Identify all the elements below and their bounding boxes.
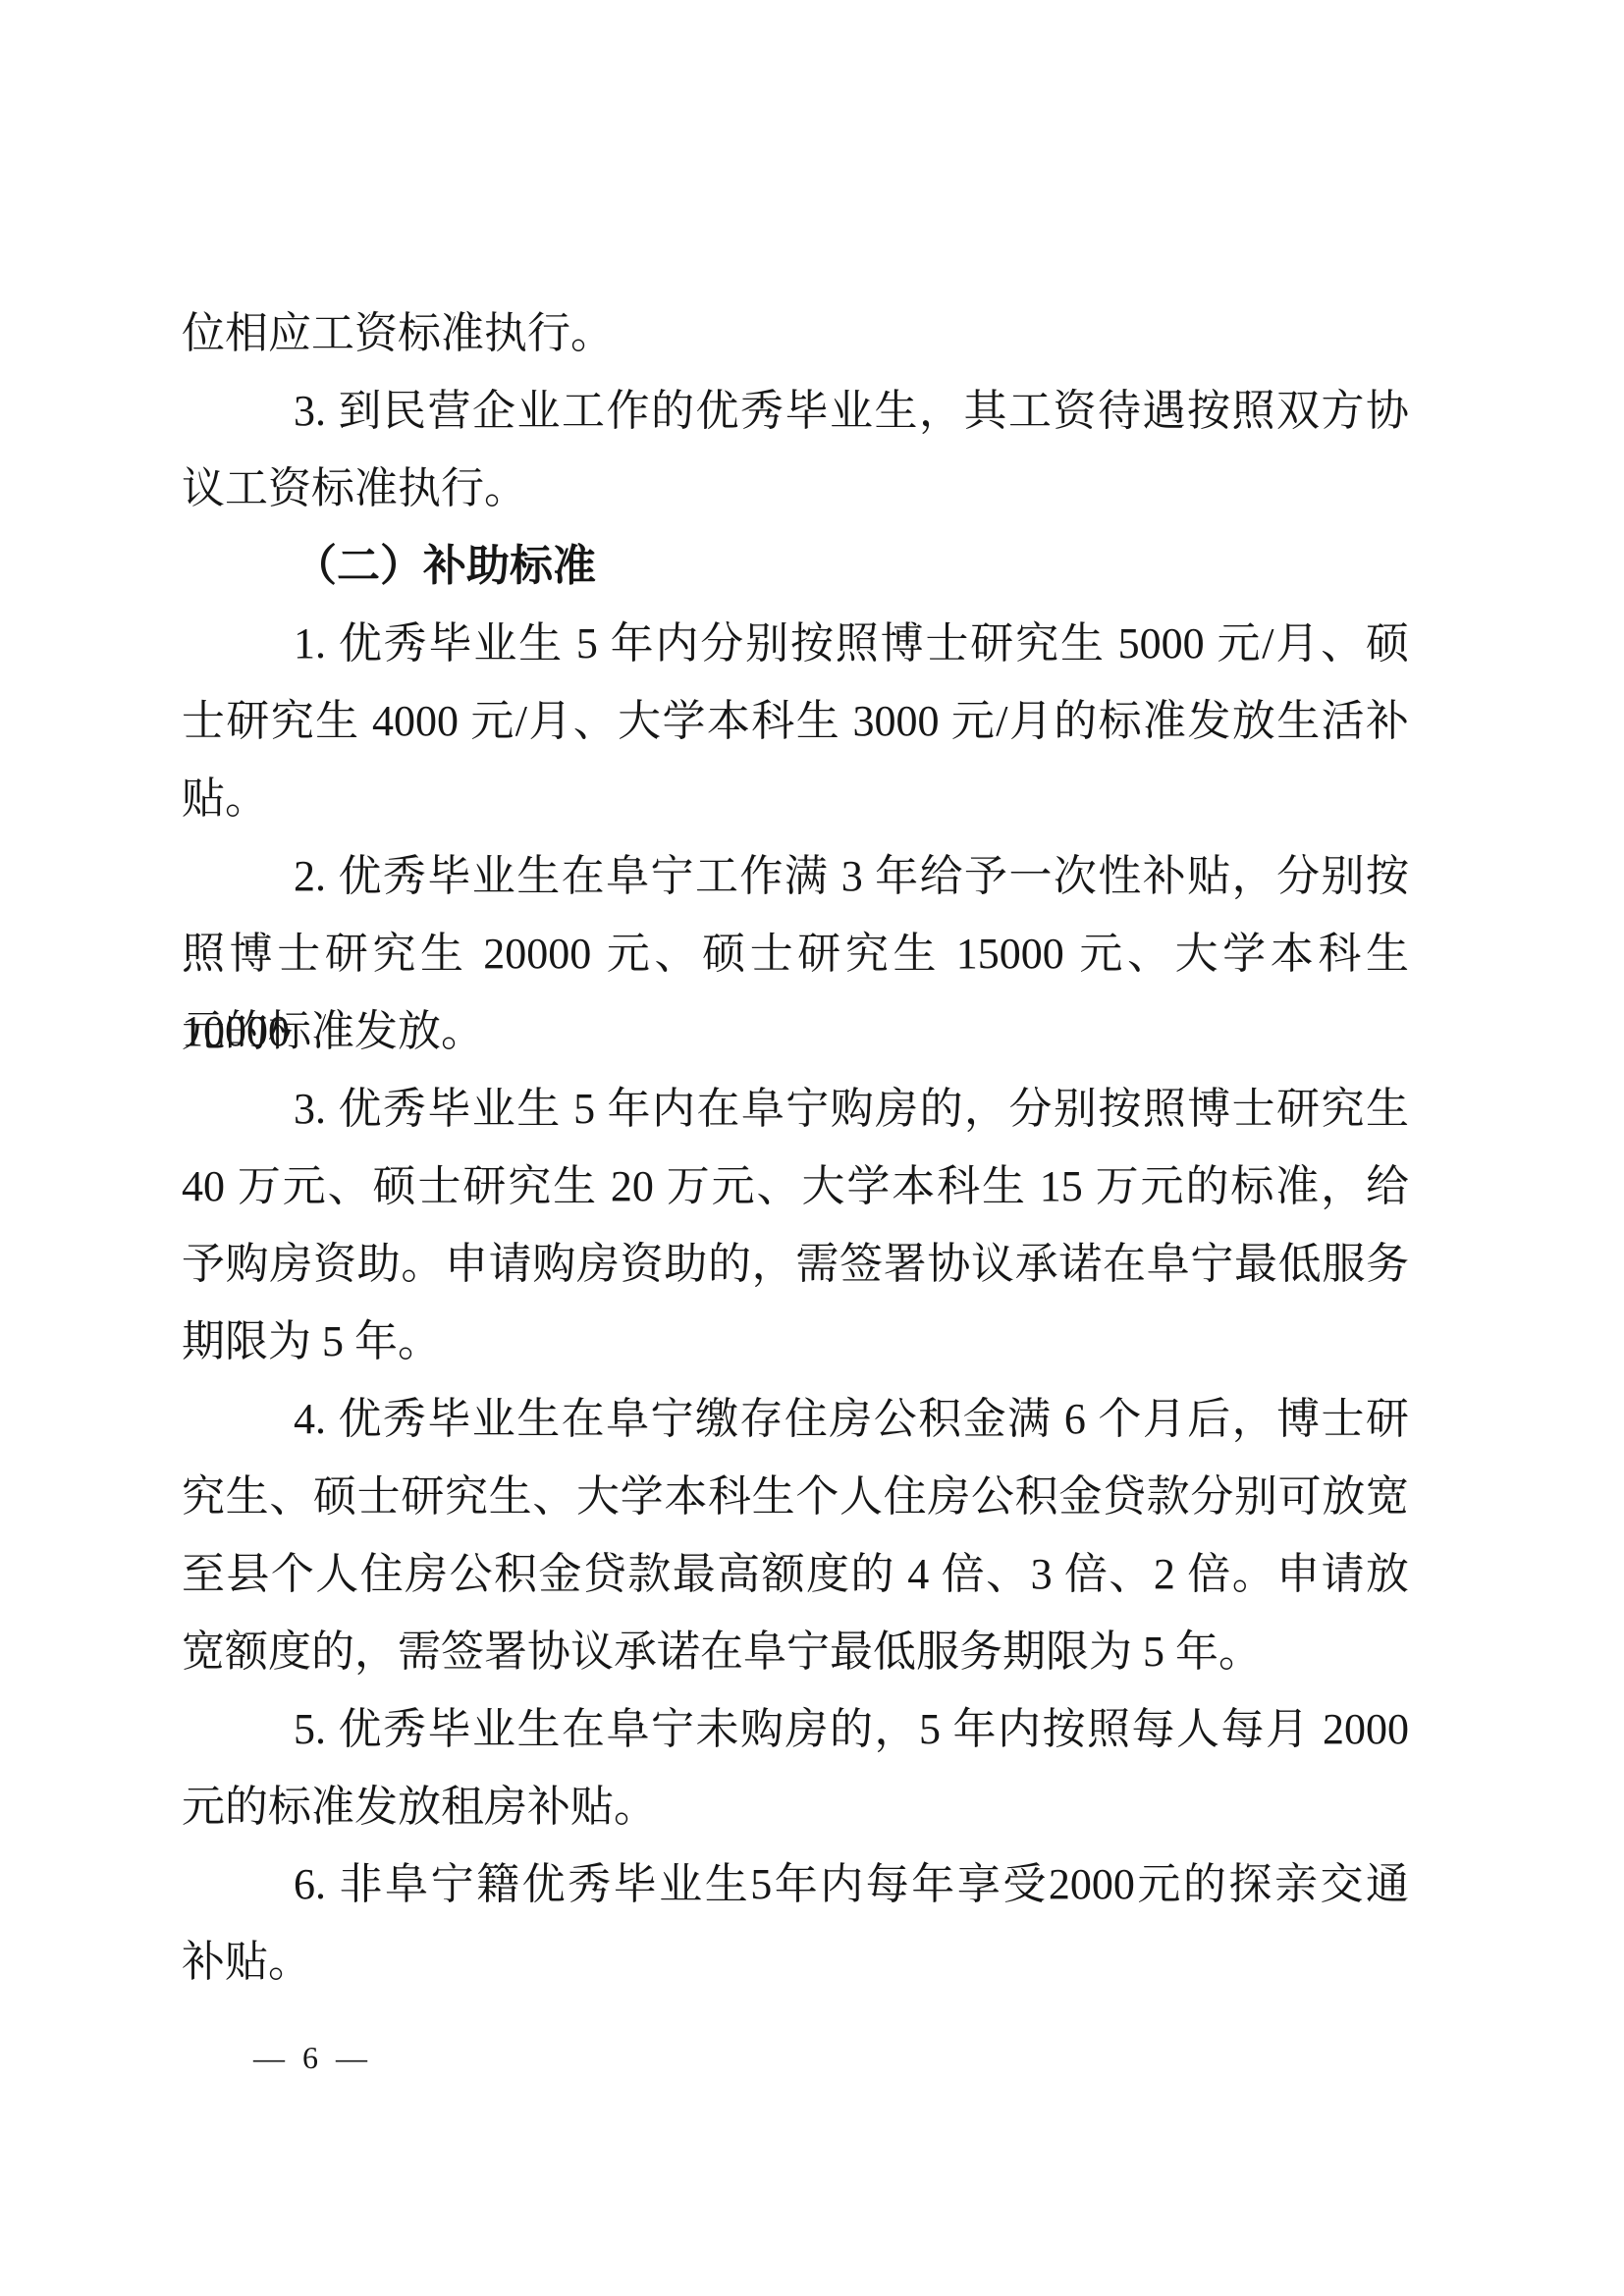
document-page: 位相应工资标准执行。 3. 到民营企业工作的优秀毕业生，其工资待遇按照双方协 议… xyxy=(0,0,1624,2296)
text-line: 6. 非阜宁籍优秀毕业生5年内每年享受2000元的探亲交通 xyxy=(182,1845,1409,1923)
section-heading: （二）补助标准 xyxy=(182,527,1409,605)
text-line: 1. 优秀毕业生 5 年内分别按照博士研究生 5000 元/月、硕 xyxy=(182,605,1409,682)
text-line: 2. 优秀毕业生在阜宁工作满 3 年给予一次性补贴，分别按 xyxy=(182,837,1409,915)
text-line: 予购房资助。申请购房资助的，需签署协议承诺在阜宁最低服务 xyxy=(182,1225,1409,1303)
text-line: 宽额度的，需签署协议承诺在阜宁最低服务期限为 5 年。 xyxy=(182,1613,1409,1690)
page-number: — 6 — xyxy=(253,2038,372,2077)
text-line: 至县个人住房公积金贷款最高额度的 4 倍、3 倍、2 倍。申请放 xyxy=(182,1535,1409,1613)
text-line: 元的标准发放租房补贴。 xyxy=(182,1768,1409,1845)
text-line: 士研究生 4000 元/月、大学本科生 3000 元/月的标准发放生活补 xyxy=(182,682,1409,760)
text-line: 补贴。 xyxy=(182,1923,1409,2001)
text-line: 40 万元、硕士研究生 20 万元、大学本科生 15 万元的标准，给 xyxy=(182,1148,1409,1225)
text-line: 贴。 xyxy=(182,760,1409,837)
text-line: 期限为 5 年。 xyxy=(182,1303,1409,1380)
text-line: 5. 优秀毕业生在阜宁未购房的，5 年内按照每人每月 2000 xyxy=(182,1690,1409,1768)
document-body: 位相应工资标准执行。 3. 到民营企业工作的优秀毕业生，其工资待遇按照双方协 议… xyxy=(182,294,1409,2001)
text-line: 位相应工资标准执行。 xyxy=(182,294,1409,372)
text-line: 4. 优秀毕业生在阜宁缴存住房公积金满 6 个月后，博士研 xyxy=(182,1380,1409,1458)
text-line: 究生、硕士研究生、大学本科生个人住房公积金贷款分别可放宽 xyxy=(182,1458,1409,1535)
text-line: 议工资标准执行。 xyxy=(182,450,1409,527)
text-line: 3. 到民营企业工作的优秀毕业生，其工资待遇按照双方协 xyxy=(182,372,1409,450)
text-line: 3. 优秀毕业生 5 年内在阜宁购房的，分别按照博士研究生 xyxy=(182,1070,1409,1148)
text-line: 元的标准发放。 xyxy=(182,992,1409,1070)
text-line: 照博士研究生 20000 元、硕士研究生 15000 元、大学本科生 10000 xyxy=(182,915,1409,992)
